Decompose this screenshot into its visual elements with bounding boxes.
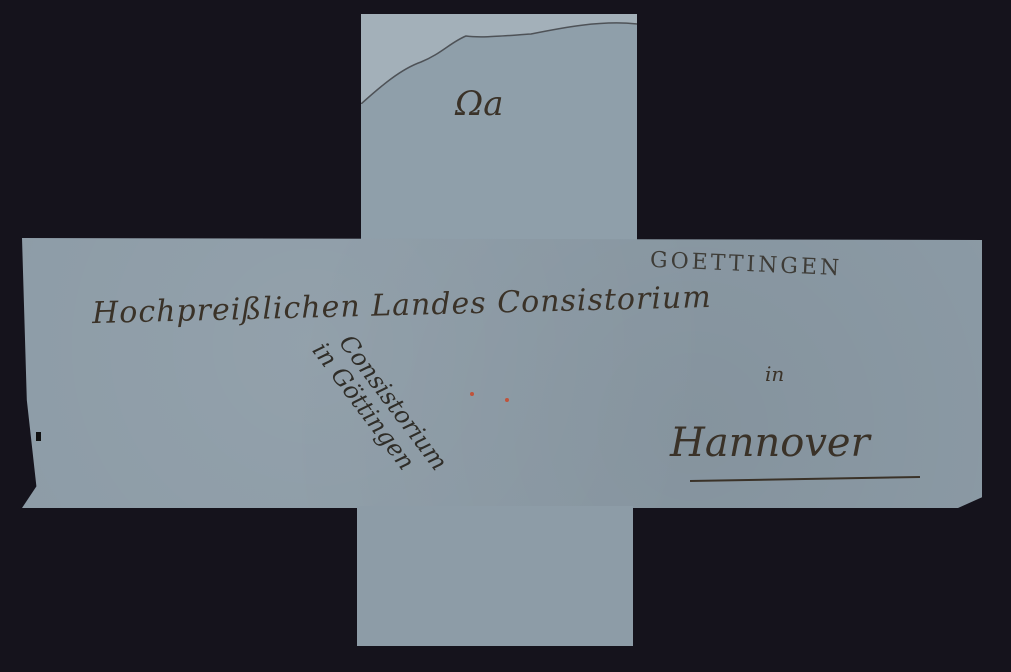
red-speck [505,398,509,402]
top-flap [361,14,637,244]
top-flap-note: Ωa [455,84,503,124]
destination-city: Hannover [670,420,870,466]
address-in: in [765,362,784,386]
ink-speck [36,432,41,441]
bottom-flap [357,506,633,646]
red-speck [470,392,474,396]
